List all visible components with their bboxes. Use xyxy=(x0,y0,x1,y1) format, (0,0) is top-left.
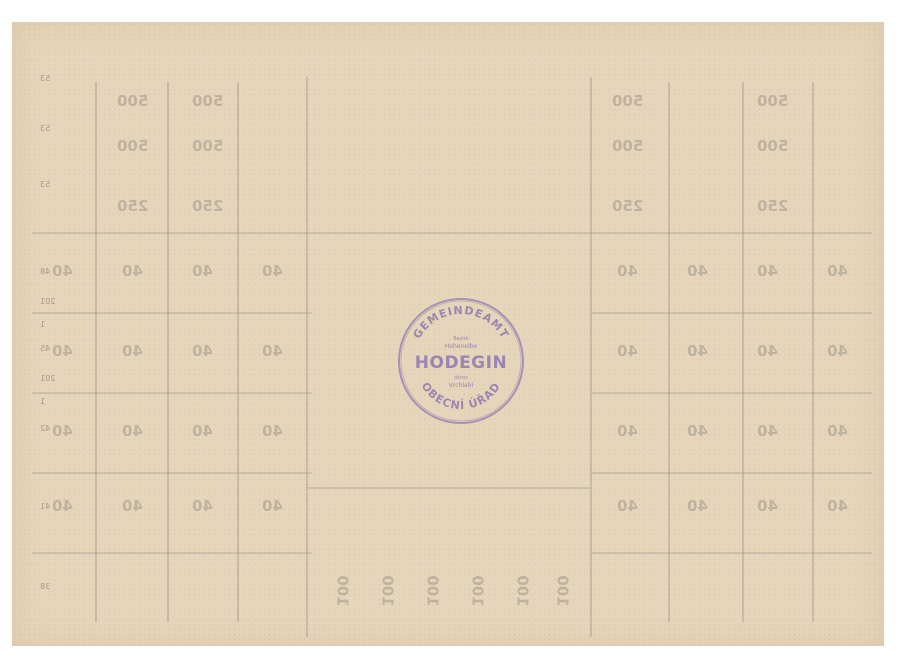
show-through-coupon: 40 xyxy=(262,262,283,280)
grid-line xyxy=(592,312,872,314)
grid-line xyxy=(812,82,814,622)
show-through-coupon: 500 xyxy=(612,137,643,155)
grid-line xyxy=(592,552,872,554)
show-through-coupon: 100 xyxy=(379,575,397,606)
municipal-stamp: GEMEINDEAMT OBECNÍ ÚŘAD Bezirk Hohenelbe… xyxy=(396,296,526,426)
margin-number: 48 xyxy=(40,267,50,276)
show-through-coupon: 500 xyxy=(612,92,643,110)
show-through-coupon: 40 xyxy=(757,422,778,440)
stamp-line3: okres xyxy=(454,375,468,381)
grid-line xyxy=(32,552,312,554)
margin-number: 1 xyxy=(40,397,45,406)
grid-line xyxy=(95,82,97,622)
show-through-coupon: 500 xyxy=(757,137,788,155)
show-through-coupon: 100 xyxy=(514,575,532,606)
stamp-line2: Hohenelbe xyxy=(445,343,478,350)
show-through-coupon: 250 xyxy=(612,197,643,215)
margin-number: 41 xyxy=(40,502,50,511)
show-through-coupon: 250 xyxy=(757,197,788,215)
show-through-coupon: 40 xyxy=(757,262,778,280)
show-through-coupon: 40 xyxy=(757,497,778,515)
margin-number: 53 xyxy=(40,124,50,133)
margin-number: 45 xyxy=(40,344,50,353)
show-through-coupon: 40 xyxy=(192,422,213,440)
show-through-coupon: 40 xyxy=(122,497,143,515)
show-through-coupon: 40 xyxy=(757,342,778,360)
grid-line xyxy=(32,392,312,394)
show-through-coupon: 40 xyxy=(827,262,848,280)
grid-line xyxy=(592,472,872,474)
show-through-coupon: 40 xyxy=(52,422,73,440)
show-through-coupon: 500 xyxy=(192,137,223,155)
stamp-center: HODEGIN xyxy=(415,353,507,373)
margin-number: 42 xyxy=(40,424,50,433)
show-through-coupon: 100 xyxy=(334,575,352,606)
grid-line xyxy=(167,82,169,622)
grid-line xyxy=(32,232,872,234)
margin-number: 201 xyxy=(40,297,55,306)
show-through-coupon: 40 xyxy=(687,262,708,280)
show-through-coupon: 500 xyxy=(757,92,788,110)
grid-line xyxy=(592,392,872,394)
show-through-coupon: 40 xyxy=(827,422,848,440)
stamp-line1: Bezirk xyxy=(453,336,469,342)
show-through-coupon: 40 xyxy=(122,262,143,280)
stamp-seal-icon: GEMEINDEAMT OBECNÍ ÚŘAD Bezirk Hohenelbe… xyxy=(396,296,526,426)
show-through-coupon: 40 xyxy=(192,342,213,360)
grid-line xyxy=(237,82,239,622)
show-through-coupon: 40 xyxy=(52,262,73,280)
show-through-coupon: 40 xyxy=(192,262,213,280)
show-through-coupon: 40 xyxy=(122,422,143,440)
margin-number: 201 xyxy=(40,374,55,383)
show-through-coupon: 40 xyxy=(52,342,73,360)
show-through-coupon: 250 xyxy=(117,197,148,215)
show-through-coupon: 40 xyxy=(687,497,708,515)
show-through-coupon: 40 xyxy=(617,497,638,515)
show-through-coupon: 100 xyxy=(469,575,487,606)
show-through-coupon: 40 xyxy=(262,342,283,360)
show-through-coupon: 500 xyxy=(117,92,148,110)
show-through-coupon: 500 xyxy=(192,92,223,110)
margin-number: 38 xyxy=(40,582,50,591)
grid-line xyxy=(32,472,312,474)
show-through-coupon: 40 xyxy=(617,262,638,280)
margin-number: 1 xyxy=(40,320,45,329)
show-through-coupon: 40 xyxy=(687,422,708,440)
stamp-line4: Vrchlabí xyxy=(449,382,474,389)
show-through-coupon: 250 xyxy=(192,197,223,215)
margin-number: 53 xyxy=(40,74,50,83)
show-through-coupon: 40 xyxy=(827,342,848,360)
show-through-coupon: 40 xyxy=(827,497,848,515)
grid-line xyxy=(742,82,744,622)
grid-line xyxy=(32,312,312,314)
show-through-coupon: 40 xyxy=(192,497,213,515)
show-through-coupon: 500 xyxy=(117,137,148,155)
show-through-coupon: 40 xyxy=(617,422,638,440)
show-through-coupon: 100 xyxy=(424,575,442,606)
show-through-coupon: 40 xyxy=(262,422,283,440)
show-through-coupon: 40 xyxy=(687,342,708,360)
grid-line xyxy=(668,82,670,622)
grid-line xyxy=(308,487,590,489)
show-through-coupon: 40 xyxy=(52,497,73,515)
show-through-coupon: 40 xyxy=(617,342,638,360)
show-through-coupon: 40 xyxy=(122,342,143,360)
show-through-coupon: 40 xyxy=(262,497,283,515)
margin-number: 53 xyxy=(40,180,50,189)
show-through-coupon: 100 xyxy=(554,575,572,606)
